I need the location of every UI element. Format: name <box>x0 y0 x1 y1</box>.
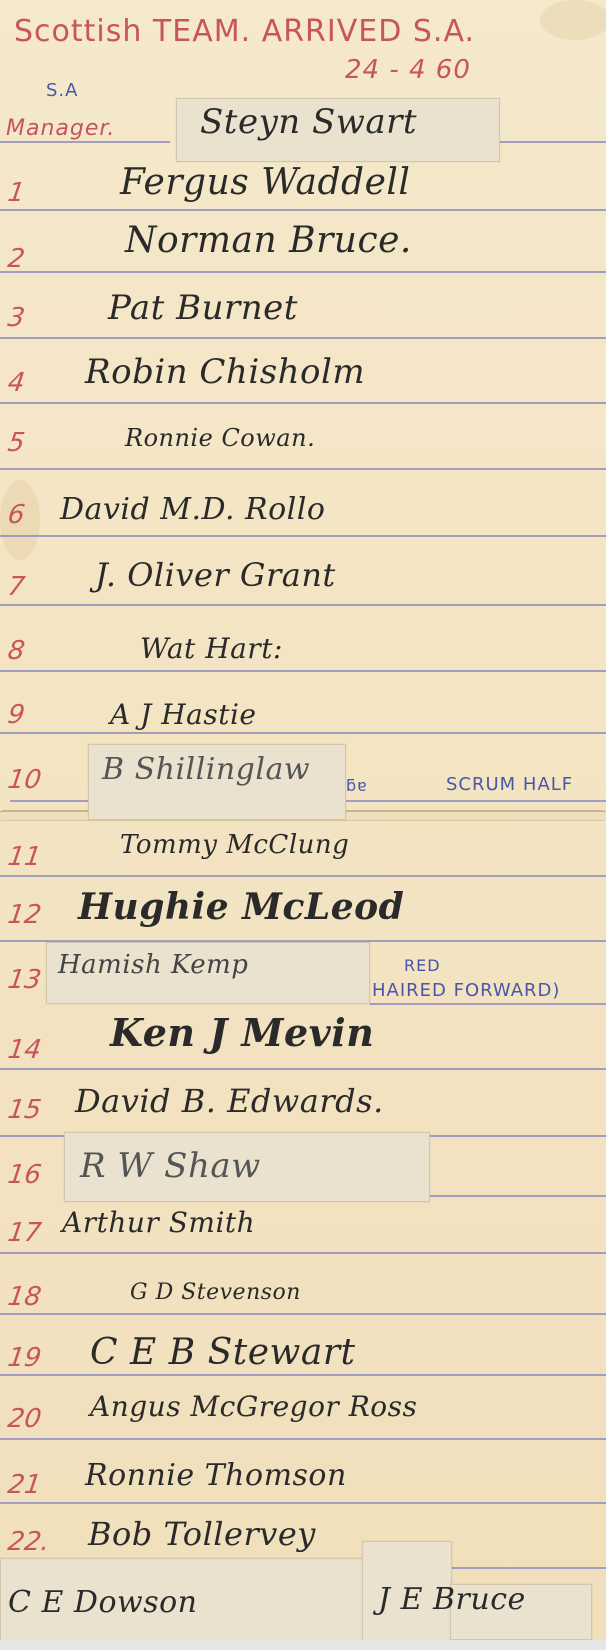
rule-line <box>340 800 606 802</box>
rule-line <box>430 1195 606 1197</box>
signature: Fergus Waddell <box>120 162 410 203</box>
signature: J. Oliver Grant <box>95 556 336 594</box>
rule-line <box>0 402 606 404</box>
signature: Ken J Mevin <box>110 1010 374 1055</box>
row-number: 19 <box>6 1343 43 1373</box>
signature: G D Stevenson <box>130 1280 301 1305</box>
row-number: 7 <box>6 572 27 602</box>
rule-line <box>0 875 606 877</box>
row-number: 5 <box>6 428 27 458</box>
manager-signature: Steyn Swart <box>200 102 417 142</box>
page-title: Scottish TEAM. ARRIVED S.A. <box>14 14 475 49</box>
sa-note: S.A <box>46 80 78 101</box>
rule-line <box>0 1252 606 1254</box>
rule-line <box>0 468 606 470</box>
signature: Robin Chisholm <box>85 352 365 392</box>
row-number: 11 <box>6 842 43 872</box>
signature: Pat Burnet <box>108 288 298 328</box>
row-number: 14 <box>6 1035 43 1065</box>
signature: Hamish Kemp <box>58 950 248 980</box>
rule-line <box>0 271 606 273</box>
rule-line <box>10 800 90 802</box>
row-number: 8 <box>6 636 27 666</box>
signature: Tommy McClung <box>120 830 349 860</box>
rule-line <box>0 535 606 537</box>
row-number: 20 <box>6 1404 43 1434</box>
row-number: 10 <box>6 765 43 795</box>
arrival-date: 24 - 4 60 <box>345 55 471 85</box>
scrum-half-note: SCRUM HALF <box>446 774 573 795</box>
signature: B Shillinglaw <box>102 752 310 787</box>
signature: A J Hastie <box>110 698 257 731</box>
row-number: 13 <box>6 965 43 995</box>
red-note: RED <box>404 956 441 975</box>
signature: Bob Tollervey <box>88 1515 316 1553</box>
rule-line <box>0 337 606 339</box>
signature: Wat Hart: <box>140 632 283 665</box>
rule-line <box>0 141 170 143</box>
row-number: 21 <box>6 1470 43 1500</box>
signature: Ronnie Cowan. <box>125 424 315 452</box>
footer-signature-left: C E Dowson <box>8 1585 198 1620</box>
manager-label: Manager. <box>6 116 115 141</box>
row-number: 16 <box>6 1160 43 1190</box>
row-number: 4 <box>6 368 27 398</box>
rule-line <box>370 1003 606 1005</box>
row-number: 17 <box>6 1218 43 1248</box>
row-number: 22. <box>6 1527 52 1557</box>
row-number: 1 <box>6 178 27 208</box>
signature: Norman Bruce. <box>125 220 412 261</box>
footer-signature-right: J E Bruce <box>378 1582 526 1617</box>
autograph-page: Scottish TEAM. ARRIVED S.A. 24 - 4 60 S.… <box>0 0 606 1640</box>
signature: Arthur Smith <box>62 1206 255 1239</box>
red-haired-forward-note: HAIRED FORWARD) <box>372 980 560 1001</box>
scan-border <box>606 0 612 1650</box>
row-number: 9 <box>6 700 27 730</box>
rule-line <box>0 1068 606 1070</box>
rule-line <box>0 209 606 211</box>
signature: Ronnie Thomson <box>85 1458 347 1493</box>
paper-stain <box>540 0 610 40</box>
row-number: 15 <box>6 1095 43 1125</box>
rule-line <box>0 732 606 734</box>
signature: R W Shaw <box>80 1146 261 1186</box>
rule-line <box>500 141 606 143</box>
signature: David B. Edwards. <box>75 1082 384 1120</box>
signature: Angus McGregor Ross <box>90 1390 417 1423</box>
rule-line <box>0 1313 606 1315</box>
rule-line <box>0 670 606 672</box>
row-number: 18 <box>6 1282 43 1312</box>
rule-line <box>0 1374 606 1376</box>
rule-line <box>0 1438 606 1440</box>
signature: David M.D. Rollo <box>60 492 325 527</box>
signature: Hughie McLeod <box>78 886 404 928</box>
signature: C E B Stewart <box>90 1332 356 1373</box>
rule-line <box>0 604 606 606</box>
rule-line <box>0 1502 606 1504</box>
row-number: 2 <box>6 244 27 274</box>
row-number: 3 <box>6 303 27 333</box>
row-number: 12 <box>6 900 43 930</box>
scan-border <box>0 1640 612 1650</box>
scribble-note: ƃɐ <box>346 776 368 795</box>
